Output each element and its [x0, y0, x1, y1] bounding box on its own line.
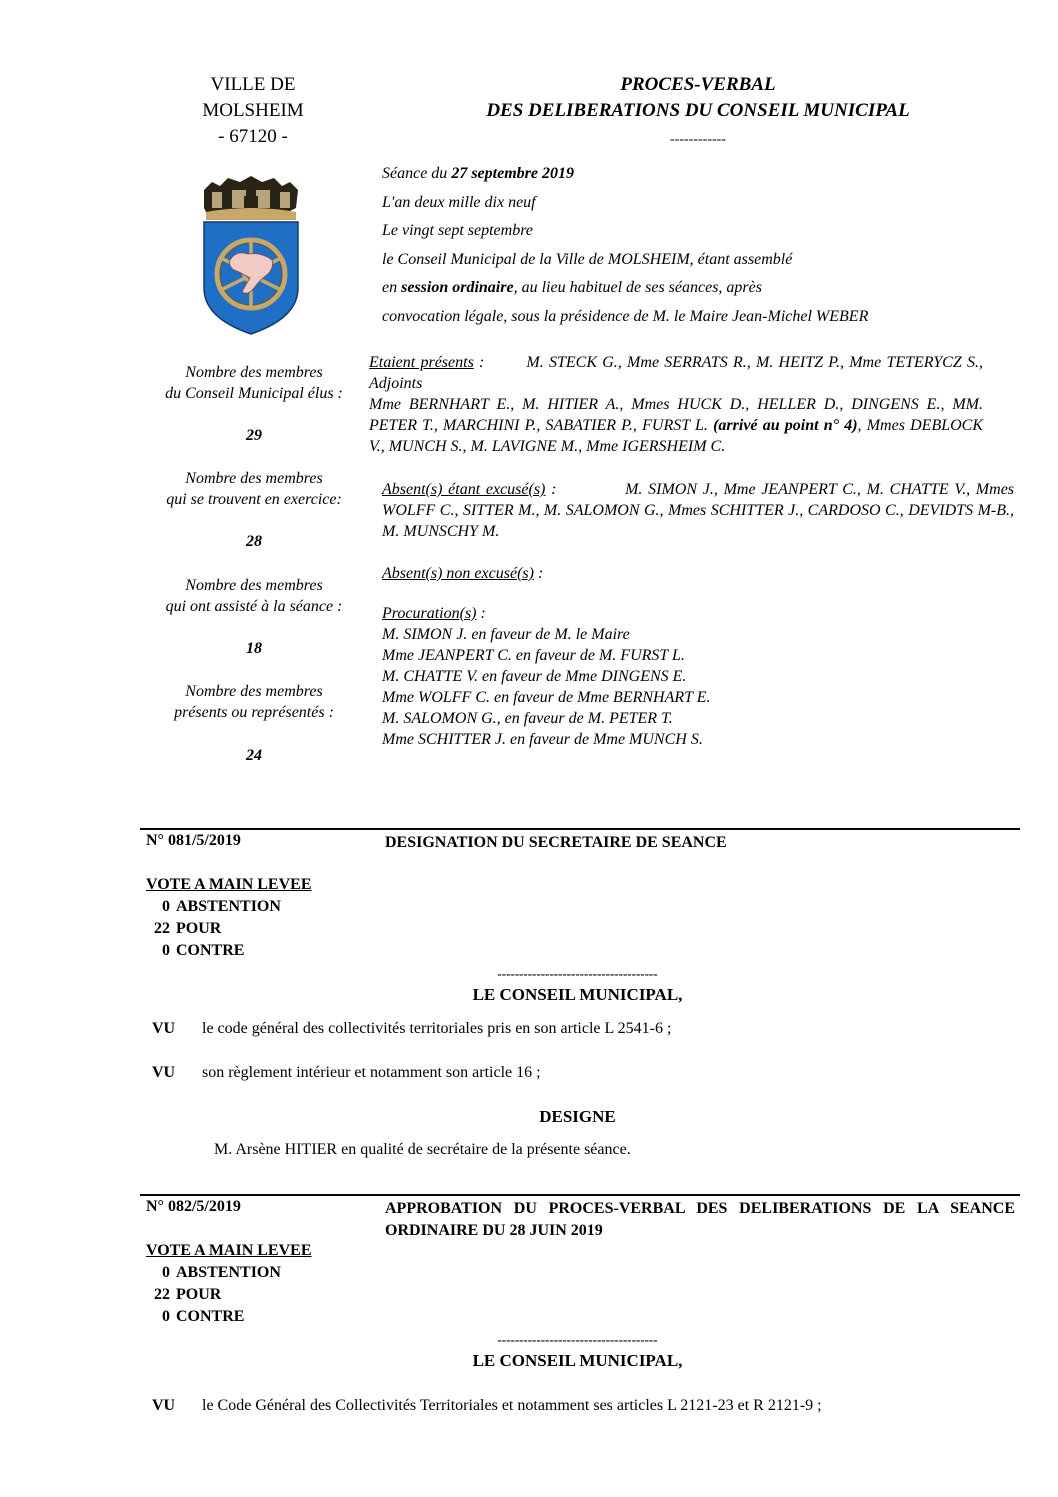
vu-label: VU — [152, 1064, 175, 1082]
stat-elus-label: Nombre des membres du Conseil Municipal … — [140, 362, 368, 404]
vote-count: 22 — [146, 1286, 170, 1304]
decision-text: M. Arsène HITIER en qualité de secrétair… — [214, 1141, 631, 1159]
stat-label-line: qui ont assisté à la séance : — [140, 596, 368, 617]
vu-text: le code général des collectivités territ… — [202, 1020, 671, 1038]
vote-count: 0 — [146, 942, 170, 960]
stat-label-line: présents ou représentés : — [140, 702, 368, 723]
procuration-item: Mme WOLFF C. en faveur de Mme BERNHART E… — [382, 687, 1014, 708]
procuration-item: M. SALOMON G., en faveur de M. PETER T. — [382, 708, 1014, 729]
session-block: Séance du 27 septembre 2019 L'an deux mi… — [382, 160, 1002, 332]
document-title: PROCES-VERBAL DES DELIBERATIONS DU CONSE… — [410, 72, 986, 124]
presents-block: Etaient présents : M. STECK G., Mme SERR… — [369, 352, 983, 457]
deliberation-title: DESIGNATION DU SECRETAIRE DE SEANCE — [385, 832, 1015, 854]
stat-exercice-label: Nombre des membres qui se trouvent en ex… — [140, 468, 368, 510]
stat-label-line: Nombre des membres — [140, 681, 368, 702]
session-day-line: Le vingt sept septembre — [382, 217, 1002, 246]
decision-heading: DESIGNE — [385, 1107, 770, 1127]
vote-label: CONTRE — [176, 942, 244, 959]
stat-label-line: Nombre des membres — [140, 575, 368, 596]
procuration-item: Mme JEANPERT C. en faveur de M. FURST L. — [382, 645, 1014, 666]
procuration-item: M. SIMON J. en faveur de M. le Maire — [382, 624, 1014, 645]
session-president-line: convocation légale, sous la présidence d… — [382, 303, 1002, 332]
presents-label: Etaient présents — [369, 354, 474, 371]
vote-contre: 0CONTRE — [146, 1308, 244, 1326]
title-line: PROCES-VERBAL — [410, 72, 986, 98]
vote-label: POUR — [176, 1286, 221, 1303]
vote-label: ABSTENTION — [176, 898, 281, 915]
stat-elus-value: 29 — [140, 427, 368, 445]
vote-label: CONTRE — [176, 1308, 244, 1325]
separator-line: ------------------------------------- — [385, 1332, 770, 1348]
city-postcode: - 67120 - — [150, 124, 356, 150]
city-line: VILLE DE — [150, 72, 356, 98]
stat-representes-value: 24 — [140, 747, 368, 765]
stat-assiste-value: 18 — [140, 640, 368, 658]
vote-count: 0 — [146, 1264, 170, 1282]
excuses-block: Absent(s) étant excusé(s) : M. SIMON J.,… — [382, 479, 1014, 542]
presents-arrival-note: (arrivé au point n° 4) — [713, 417, 857, 434]
coat-of-arms-icon — [196, 168, 306, 336]
vote-label: ABSTENTION — [176, 1264, 281, 1281]
section-divider — [140, 828, 1020, 830]
deliberation-number: N° 082/5/2019 — [146, 1198, 241, 1216]
session-date: 27 septembre 2019 — [451, 165, 574, 182]
stat-exercice-value: 28 — [140, 533, 368, 551]
session-type-line: en session ordinaire, au lieu habituel d… — [382, 274, 1002, 303]
session-date-prefix: Séance du — [382, 165, 451, 182]
non-excuses-label: Absent(s) non excusé(s) — [382, 565, 534, 582]
session-year-line: L'an deux mille dix neuf — [382, 189, 1002, 218]
vote-heading: VOTE A MAIN LEVEE — [146, 876, 312, 894]
session-type-post: , au lieu habituel de ses séances, après — [514, 279, 762, 296]
title-separator: ------------ — [410, 132, 986, 148]
deliberation-number: N° 081/5/2019 — [146, 832, 241, 850]
stat-label-line: Nombre des membres — [140, 468, 368, 489]
deliberation-title: APPROBATION DU PROCES-VERBAL DES DELIBER… — [385, 1198, 1015, 1242]
session-type: session ordinaire — [401, 279, 513, 296]
vote-contre: 0CONTRE — [146, 942, 244, 960]
stat-label-line: Nombre des membres — [140, 362, 368, 383]
vote-abstention: 0ABSTENTION — [146, 1264, 281, 1282]
stat-representes-label: Nombre des membres présents ou représent… — [140, 681, 368, 723]
title-line: DES DELIBERATIONS DU CONSEIL MUNICIPAL — [410, 98, 986, 124]
procurations-label: Procuration(s) — [382, 605, 477, 622]
stat-label-line: qui se trouvent en exercice: — [140, 489, 368, 510]
separator-line: ------------------------------------- — [385, 966, 770, 982]
non-excuses-block: Absent(s) non excusé(s) : — [382, 563, 1014, 584]
stat-label-line: du Conseil Municipal élus : — [140, 383, 368, 404]
session-council-line: le Conseil Municipal de la Ville de MOLS… — [382, 246, 1002, 275]
vote-pour: 22POUR — [146, 1286, 221, 1304]
vote-abstention: 0ABSTENTION — [146, 898, 281, 916]
procuration-item: Mme SCHITTER J. en faveur de Mme MUNCH S… — [382, 729, 1014, 750]
vote-label: POUR — [176, 920, 221, 937]
vu-label: VU — [152, 1020, 175, 1038]
vote-count: 0 — [146, 898, 170, 916]
conseil-heading: LE CONSEIL MUNICIPAL, — [385, 1351, 770, 1371]
session-type-pre: en — [382, 279, 401, 296]
vote-heading: VOTE A MAIN LEVEE — [146, 1242, 312, 1260]
stat-assiste-label: Nombre des membres qui ont assisté à la … — [140, 575, 368, 617]
vu-text: le Code Général des Collectivités Territ… — [202, 1397, 822, 1415]
vote-count: 22 — [146, 920, 170, 938]
procuration-item: M. CHATTE V. en faveur de Mme DINGENS E. — [382, 666, 1014, 687]
vu-label: VU — [152, 1397, 175, 1415]
procurations-block: Procuration(s) : M. SIMON J. en faveur d… — [382, 603, 1014, 750]
section-divider — [140, 1194, 1020, 1196]
vote-pour: 22POUR — [146, 920, 221, 938]
conseil-heading: LE CONSEIL MUNICIPAL, — [385, 985, 770, 1005]
session-date-line: Séance du 27 septembre 2019 — [382, 160, 1002, 189]
city-line: MOLSHEIM — [150, 98, 356, 124]
vu-text: son règlement intérieur et notamment son… — [202, 1064, 541, 1082]
city-name: VILLE DE MOLSHEIM - 67120 - — [150, 72, 356, 150]
excuses-label: Absent(s) étant excusé(s) — [382, 481, 545, 498]
vote-count: 0 — [146, 1308, 170, 1326]
